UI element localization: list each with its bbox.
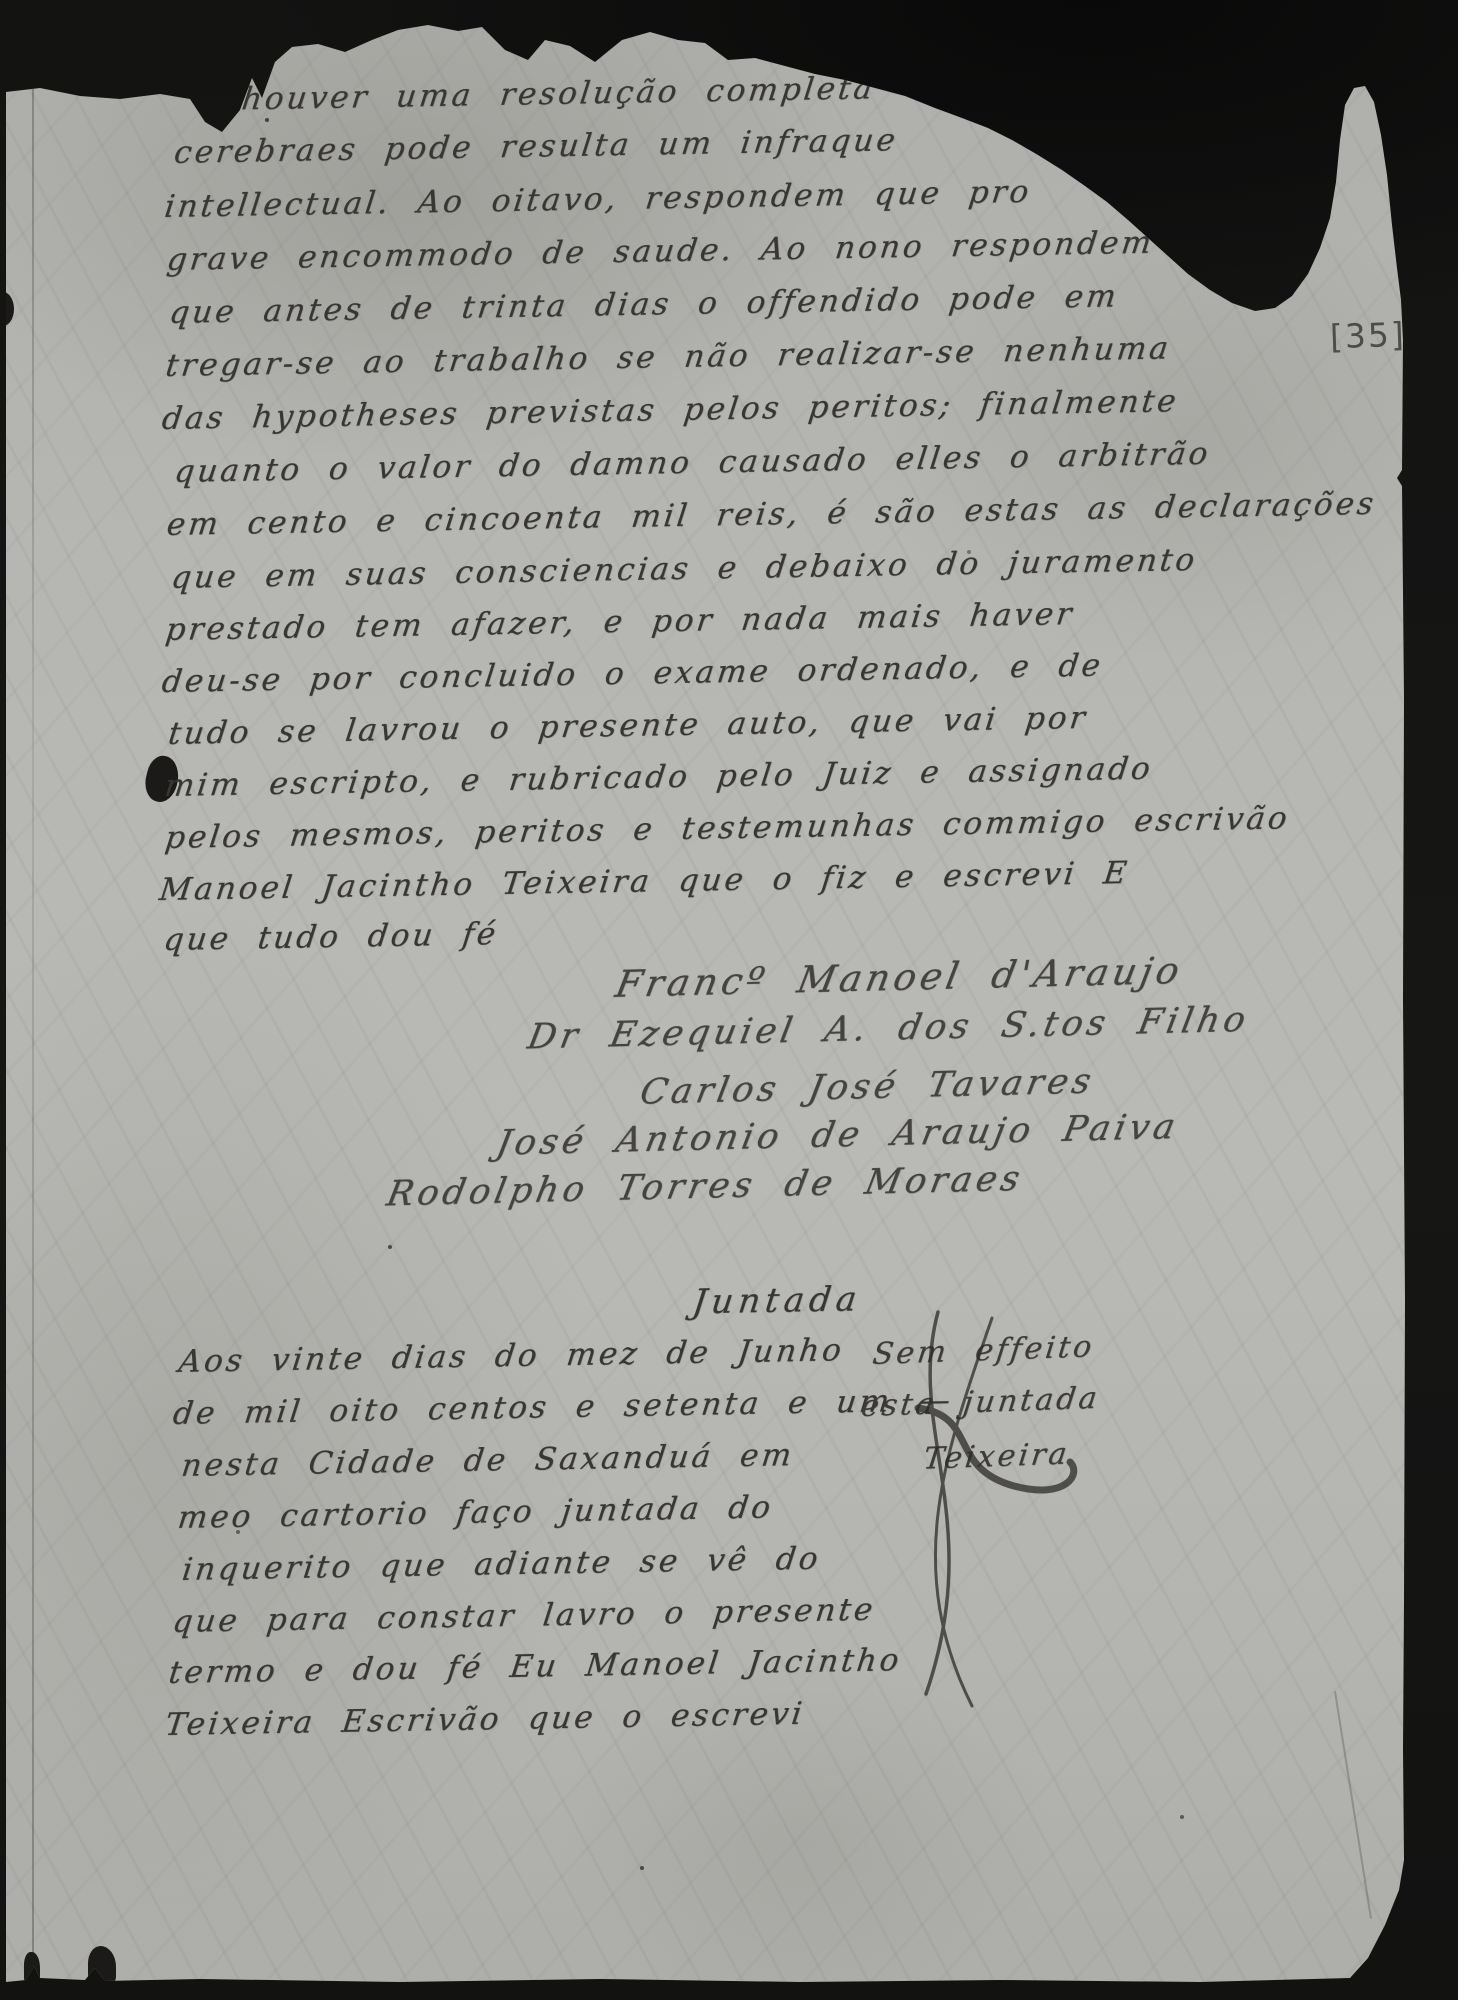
- manuscript-paper: [35] houver uma resolução completa cereb…: [0, 0, 1458, 2000]
- cancellation-stroke: [0, 0, 1458, 2000]
- scanned-manuscript-page: [35] houver uma resolução completa cereb…: [0, 0, 1458, 2000]
